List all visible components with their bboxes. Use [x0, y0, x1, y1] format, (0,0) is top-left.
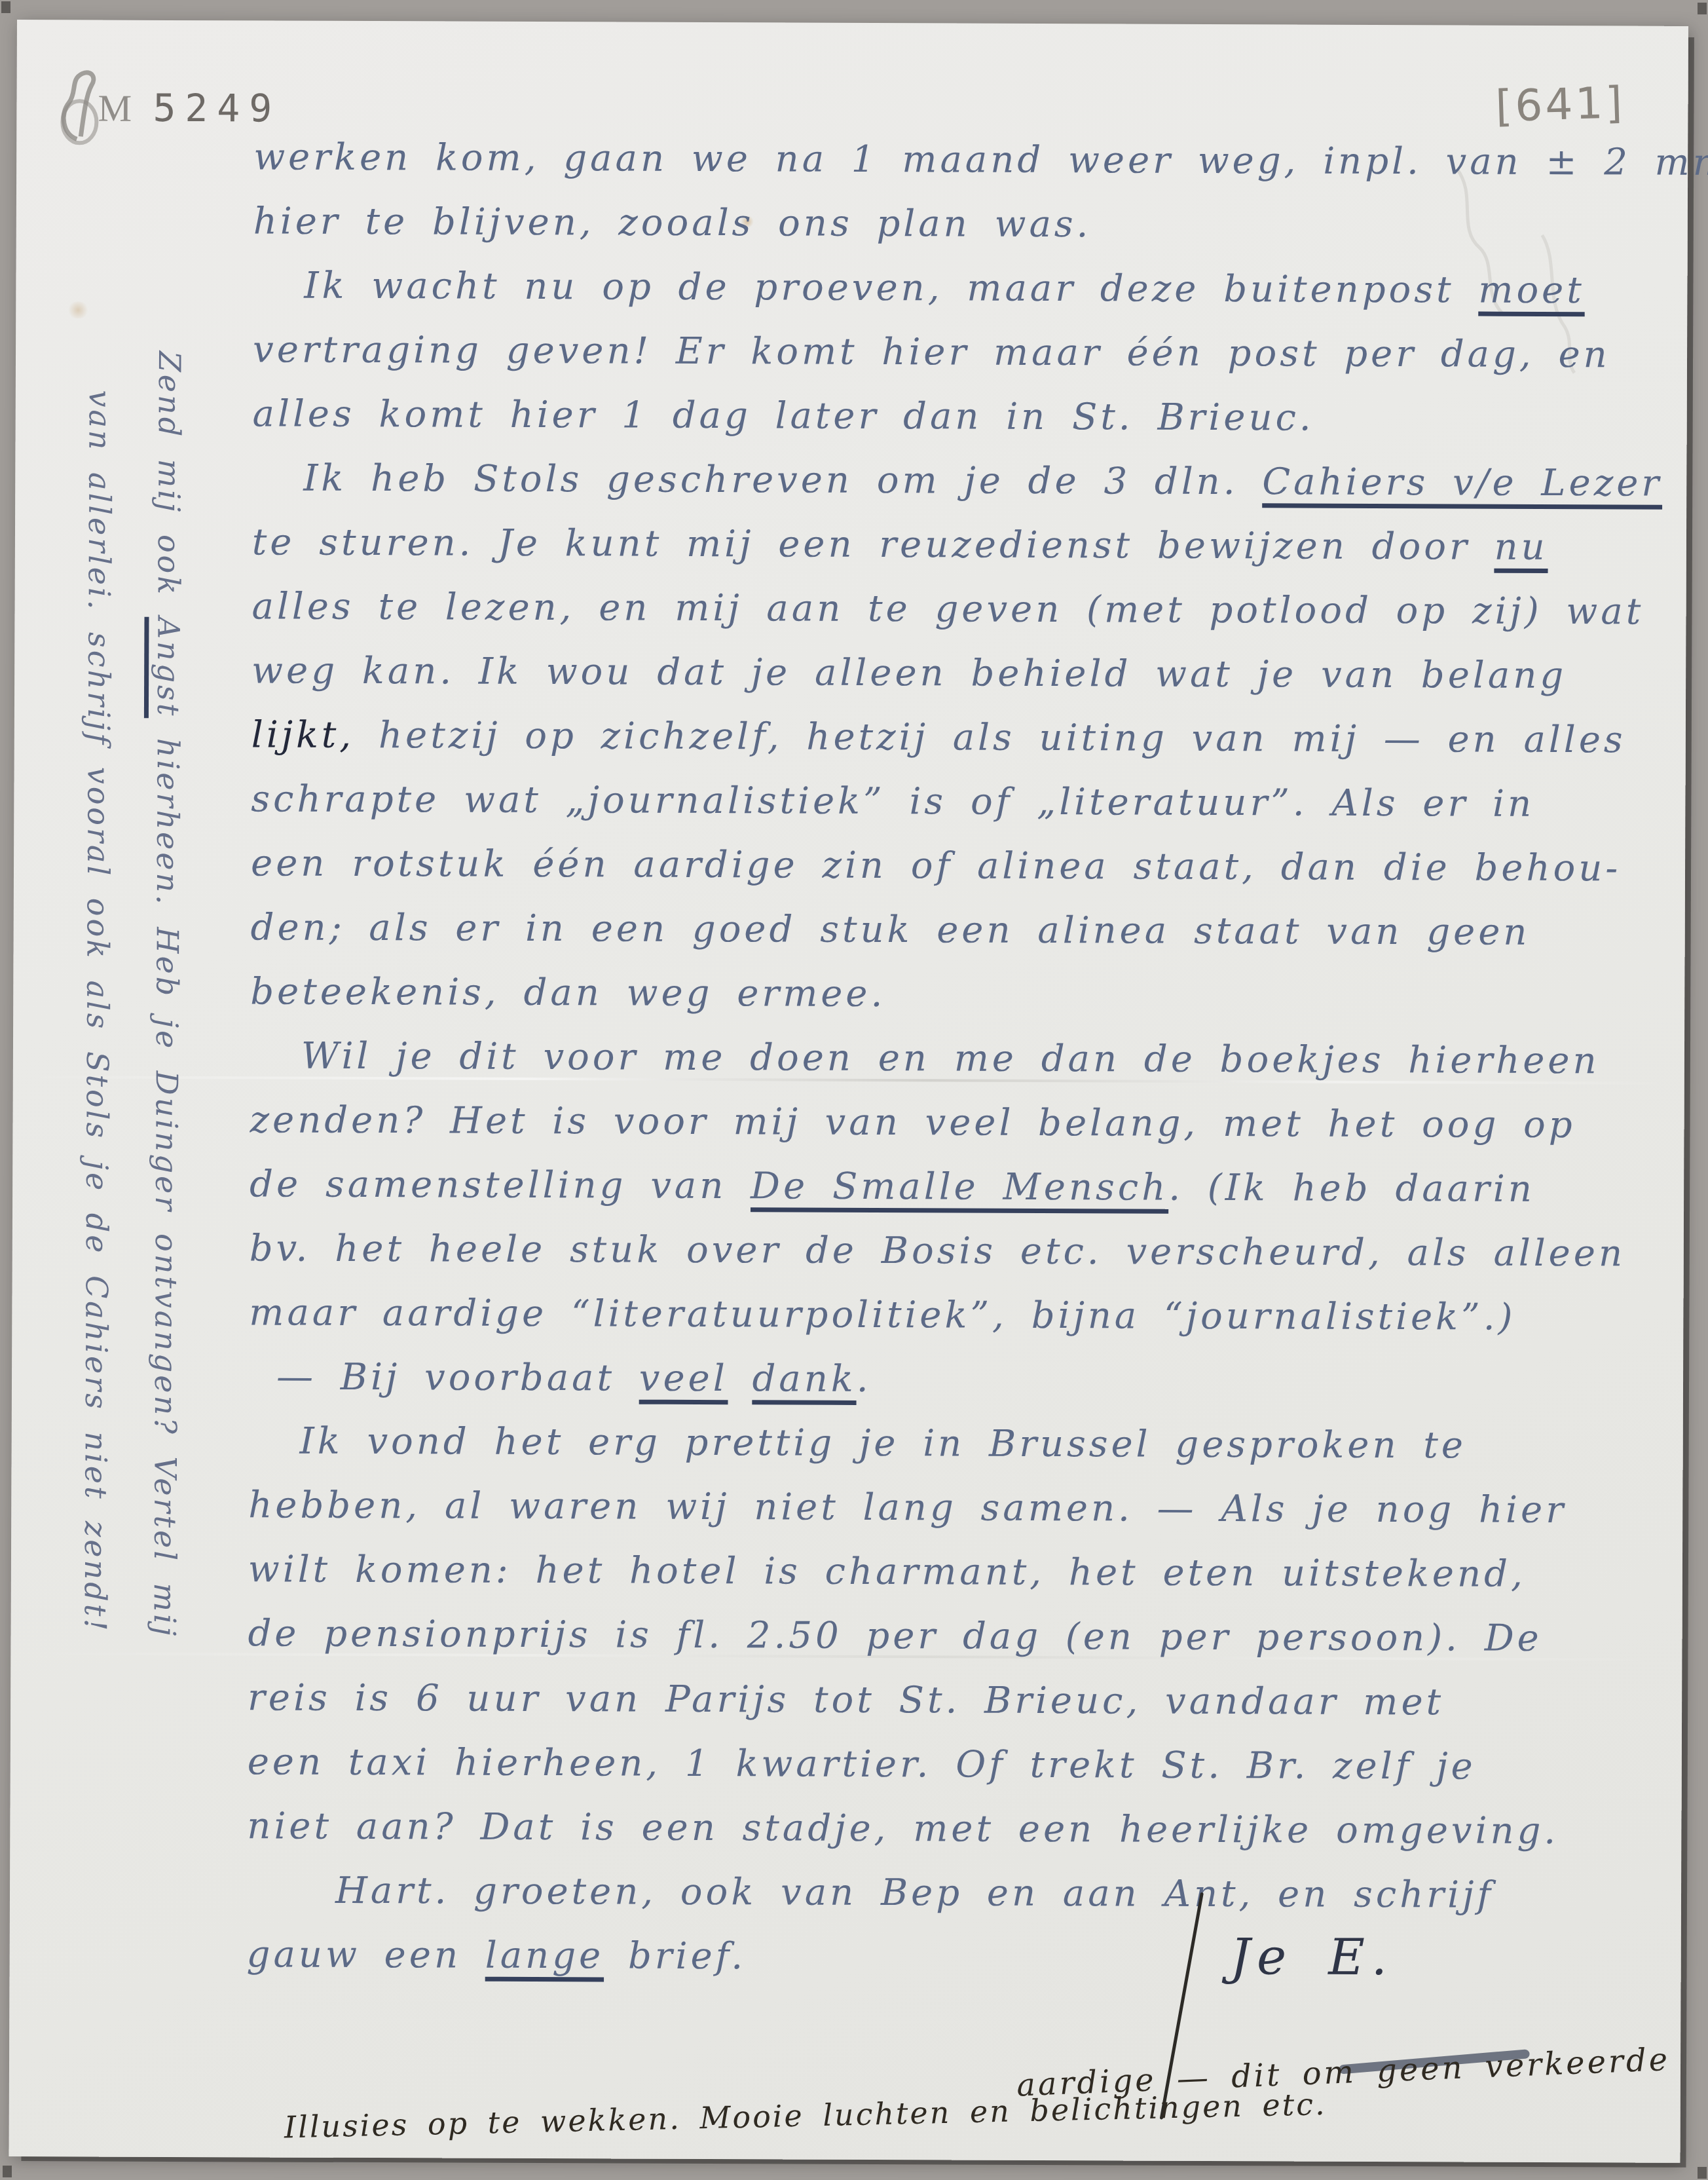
text-segment: hierheen. Heb je Duinger ontvangen? Vert…: [147, 718, 186, 1638]
text-segment: Wil je dit voor me doen en me dan de boe…: [301, 1035, 1600, 1083]
underlined-text: lange: [485, 1934, 604, 1978]
underlined-text: moet: [1478, 269, 1585, 312]
text-segment: Ik heb Stols geschreven om je de 3 dln.: [303, 457, 1262, 504]
letter-paper: M 5249 [641] werken kom, gaan we na 1 ma…: [9, 20, 1688, 2163]
letter-line: alles komt hier 1 dag later dan in St. B…: [253, 382, 1667, 451]
letter-line: schrapte wat „journalistiek” is of „lite…: [251, 767, 1665, 836]
text-segment: zenden? Het is voor mij van veel belang,…: [250, 1099, 1575, 1146]
foxing-spot: [67, 301, 89, 318]
text-segment: brief.: [604, 1934, 746, 1978]
text-segment: Hart. groeten, ook van Bep en aan Ant, e…: [335, 1870, 1494, 1917]
text-segment: weg kan. Ik wou dat je alleen behield wa…: [251, 649, 1567, 697]
scan-corner-mark: [3, 2166, 12, 2177]
text-segment: een rotstuk één aardige zin of alinea st…: [251, 842, 1621, 890]
letter-line: beteekenis, dan weg ermee.: [250, 960, 1665, 1029]
text-segment: de pensionprijs is fl. 2.50 per dag (en …: [248, 1612, 1542, 1660]
letter-line: hier te blijven, zooals ons plan was.: [253, 189, 1668, 259]
text-segment: .: [857, 1358, 872, 1400]
text-segment: reis is 6 uur van Parijs tot St. Brieuc,…: [248, 1676, 1444, 1723]
letter-line: hebben, al waren wij niet lang samen. — …: [248, 1473, 1663, 1543]
letter-line: een rotstuk één aardige zin of alinea st…: [251, 831, 1665, 901]
text-segment: [728, 1357, 752, 1400]
signature: Je E.: [1230, 1927, 1394, 1986]
text-segment: wilt komen: het hotel is charmant, het e…: [248, 1548, 1526, 1595]
letter-line: Ik heb Stols geschreven om je de 3 dln. …: [252, 446, 1667, 516]
text-segment: van allerlei. schrijf vooral ook als Sto…: [78, 390, 118, 1633]
text-segment: schrapte wat „journalistiek” is of „lite…: [251, 778, 1534, 825]
letter-line: Ik vond het erg prettig je in Brussel ge…: [248, 1409, 1663, 1478]
underlined-text: veel: [639, 1357, 728, 1400]
margin-note-inner: Zend mij ook Angst hierheen. Heb je Duin…: [147, 351, 188, 1639]
text-segment: een taxi hierheen, 1 kwartier. Of trekt …: [248, 1740, 1476, 1788]
page-number-pencil: [641]: [1494, 77, 1625, 132]
text-segment: lijkt,: [251, 713, 355, 757]
letter-line: de pensionprijs is fl. 2.50 per dag (en …: [248, 1602, 1662, 1671]
text-segment: werken kom, gaan we na 1 maand weer weg,…: [253, 136, 1708, 184]
letter-line: wilt komen: het hotel is charmant, het e…: [248, 1537, 1663, 1607]
margin-note-outer: van allerlei. schrijf vooral ook als Sto…: [78, 390, 118, 1633]
text-segment: de samenstelling van: [250, 1163, 751, 1207]
letter-line: Wil je dit voor me doen en me dan de boe…: [250, 1024, 1665, 1093]
text-segment: hebben, al waren wij niet lang samen. — …: [248, 1484, 1567, 1532]
letter-line: Ik wacht nu op de proeven, maar deze bui…: [253, 254, 1667, 323]
letter-line: de samenstelling van De Smalle Mensch. (…: [250, 1152, 1664, 1222]
text-segment: Ik vond het erg prettig je in Brussel ge…: [300, 1420, 1467, 1467]
scan-corner-mark: [1698, 2167, 1707, 2179]
text-segment: — Bij voorbaat: [276, 1356, 639, 1400]
annotation-line-2: Illusies op te wekken. Mooie luchten en …: [284, 2086, 1327, 2145]
letter-line: Hart. groeten, ook van Bep en aan Ant, e…: [247, 1858, 1662, 1928]
text-segment: alles komt hier 1 dag later dan in St. B…: [253, 392, 1314, 439]
scanned-letter-page: { "archive": { "stamp_monogram": "M", "s…: [0, 0, 1708, 2180]
letter-line: vertraging geven! Er komt hier maar één …: [253, 318, 1667, 387]
text-segment: Zend mij ook: [151, 351, 188, 617]
archive-stamp: M 5249: [57, 66, 281, 150]
text-segment: . (Ik heb daarin: [1168, 1167, 1535, 1211]
text-segment: maar aardige “literatuurpolitiek”, bijna…: [249, 1291, 1515, 1338]
text-segment: te sturen. Je kunt mij een reuzedienst b…: [252, 521, 1494, 568]
letter-line: alles te lezen, en mij aan te geven (met…: [251, 574, 1666, 644]
svg-text:M: M: [98, 86, 132, 129]
text-segment: gauw een: [247, 1933, 485, 1976]
text-segment: den; als er in een goed stuk een alinea …: [251, 906, 1531, 954]
underlined-text: nu: [1494, 526, 1548, 569]
text-segment: niet aan? Dat is een stadje, met een hee…: [247, 1805, 1559, 1852]
text-segment: hetzij op zichzelf, hetzij als uiting va…: [354, 714, 1626, 761]
text-segment: beteekenis, dan weg ermee.: [250, 970, 885, 1015]
letter-line: bv. het heele stuk over de Bosis etc. ve…: [250, 1216, 1664, 1286]
letter-line: — Bij voorbaat veel dank.: [249, 1345, 1663, 1414]
letter-line: zenden? Het is voor mij van veel belang,…: [250, 1088, 1664, 1157]
letter-line: den; als er in een goed stuk een alinea …: [250, 895, 1665, 965]
scan-corner-mark: [1, 1, 10, 13]
text-segment: bv. het heele stuk over de Bosis etc. ve…: [250, 1227, 1625, 1275]
letter-line: reis is 6 uur van Parijs tot St. Brieuc,…: [248, 1666, 1662, 1735]
letter-body: werken kom, gaan we na 1 maand weer weg,…: [246, 125, 1668, 1992]
museum-monogram-icon: M: [57, 66, 141, 149]
underlined-text: Angst: [151, 617, 187, 719]
underlined-text: De Smalle Mensch: [751, 1165, 1168, 1209]
underlined-text: Cahiers v/e Lezer: [1262, 460, 1662, 504]
stamp-number: 5249: [153, 86, 281, 131]
text-segment: hier te blijven, zooals ons plan was.: [253, 200, 1092, 246]
letter-line: maar aardige “literatuurpolitiek”, bijna…: [249, 1281, 1663, 1350]
letter-line: gauw een lange brief.: [246, 1923, 1661, 1992]
letter-line: weg kan. Ik wou dat je alleen behield wa…: [251, 639, 1666, 708]
letter-line: lijkt, hetzij op zichzelf, hetzij als ui…: [251, 703, 1666, 772]
text-segment: vertraging geven! Er komt hier maar één …: [253, 328, 1610, 376]
letter-line: een taxi hierheen, 1 kwartier. Of trekt …: [248, 1730, 1662, 1799]
letter-line: niet aan? Dat is een stadje, met een hee…: [247, 1794, 1662, 1864]
text-segment: Ik wacht nu op de proeven, maar deze bui…: [304, 265, 1478, 312]
underlined-text: dank: [752, 1357, 856, 1400]
letter-line: te sturen. Je kunt mij een reuzedienst b…: [252, 510, 1667, 580]
letter-line: werken kom, gaan we na 1 maand weer weg,…: [253, 125, 1668, 195]
scan-corner-mark: [1698, 3, 1707, 14]
text-segment: alles te lezen, en mij aan te geven (met…: [251, 585, 1644, 633]
